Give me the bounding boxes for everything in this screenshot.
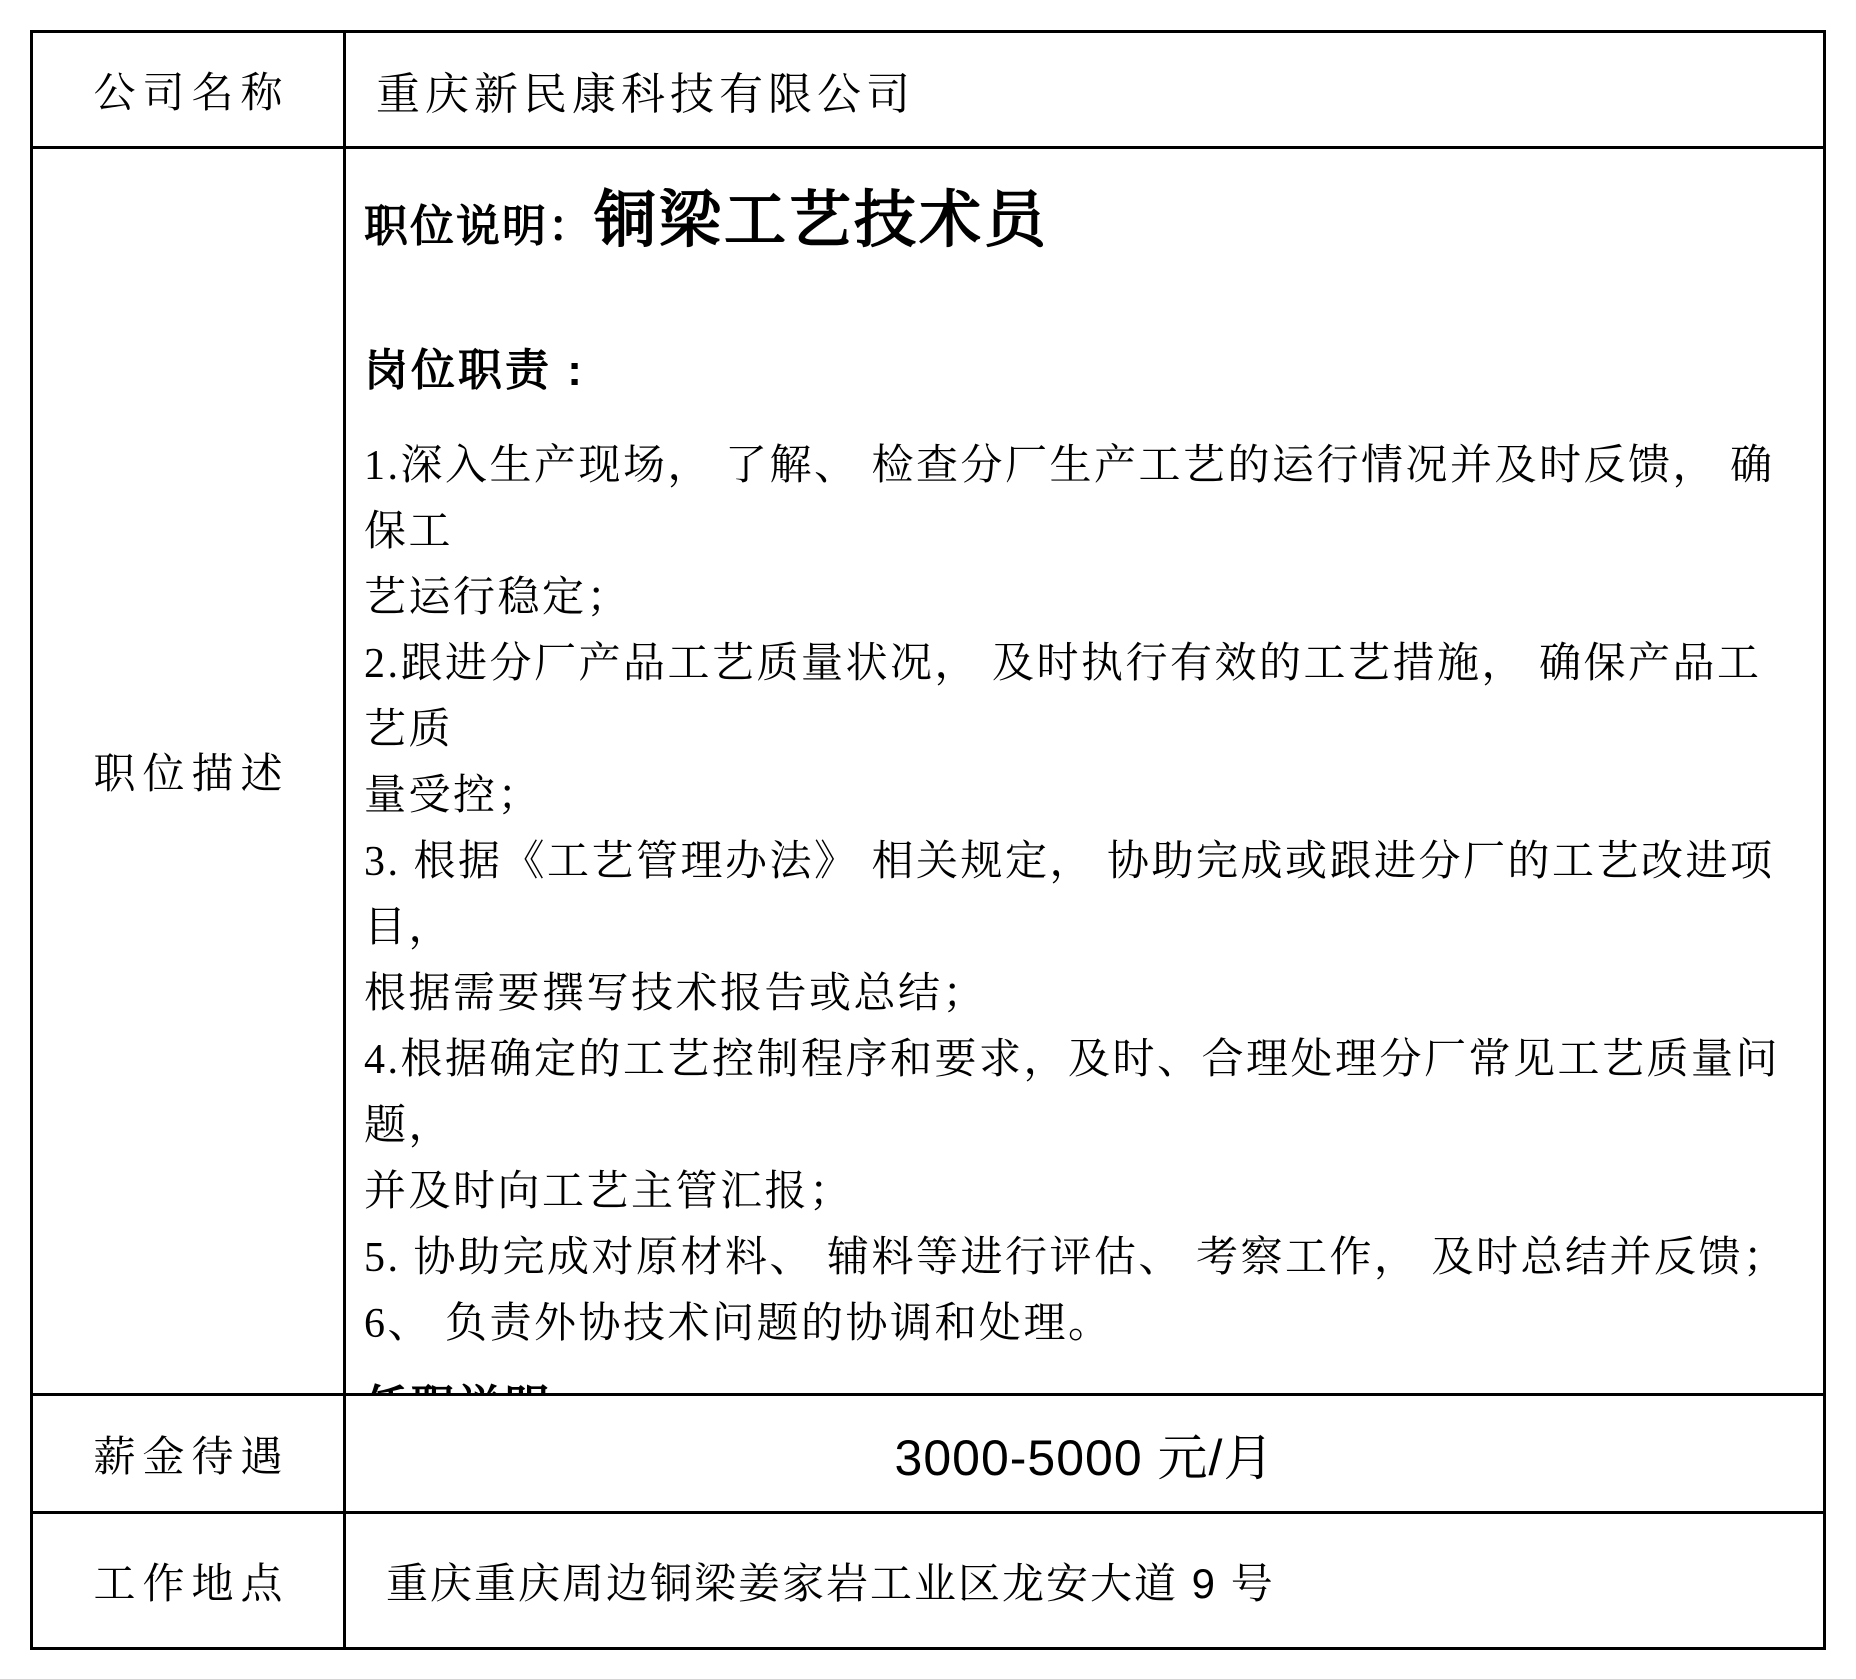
duties-list: 1.深入生产现场， 了解、 检查分厂生产工艺的运行情况并及时反馈， 确保工 艺运… [364, 433, 1793, 1357]
company-name-value: 重庆新民康科技有限公司 [343, 33, 1823, 146]
job-description-label: 职位描述 [33, 146, 343, 1393]
position-label: 职位说明： [364, 202, 594, 251]
position-title: 铜梁工艺技术员 [594, 186, 1049, 255]
requirements-heading: 任职说明 [364, 1381, 1793, 1393]
salary-value: 3000-5000 元/月 [343, 1393, 1823, 1511]
page: { "document": { "rows": { "company": { "… [0, 0, 1856, 1679]
position-title-line: 职位说明：铜梁工艺技术员 [364, 183, 1793, 275]
duty-item: 1.深入生产现场， 了解、 检查分厂生产工艺的运行情况并及时反馈， 确保工 艺运… [364, 433, 1793, 631]
work-location-label: 工作地点 [33, 1511, 343, 1647]
salary-label: 薪金待遇 [33, 1393, 343, 1511]
duties-heading: 岗位职责 : [364, 345, 1793, 397]
company-name-label: 公司名称 [33, 33, 343, 146]
job-posting-table: 公司名称 重庆新民康科技有限公司 职位描述 职位说明：铜梁工艺技术员 岗位职责 … [30, 30, 1826, 1650]
job-description-cell: 职位说明：铜梁工艺技术员 岗位职责 : 1.深入生产现场， 了解、 检查分厂生产… [343, 146, 1823, 1393]
duty-item: 2.跟进分厂产品工艺质量状况， 及时执行有效的工艺措施， 确保产品工艺质 量受控… [364, 631, 1793, 829]
duty-item: 6、 负责外协技术问题的协调和处理。 [364, 1291, 1793, 1357]
duty-item: 5. 协助完成对原材料、 辅料等进行评估、 考察工作， 及时总结并反馈； [364, 1225, 1793, 1291]
work-location-value: 重庆重庆周边铜梁姜家岩工业区龙安大道 9 号 [343, 1511, 1823, 1647]
duty-item: 3. 根据《工艺管理办法》 相关规定， 协助完成或跟进分厂的工艺改进项目， 根据… [364, 829, 1793, 1027]
duty-item: 4.根据确定的工艺控制程序和要求，及时、合理处理分厂常见工艺质量问题， 并及时向… [364, 1027, 1793, 1225]
